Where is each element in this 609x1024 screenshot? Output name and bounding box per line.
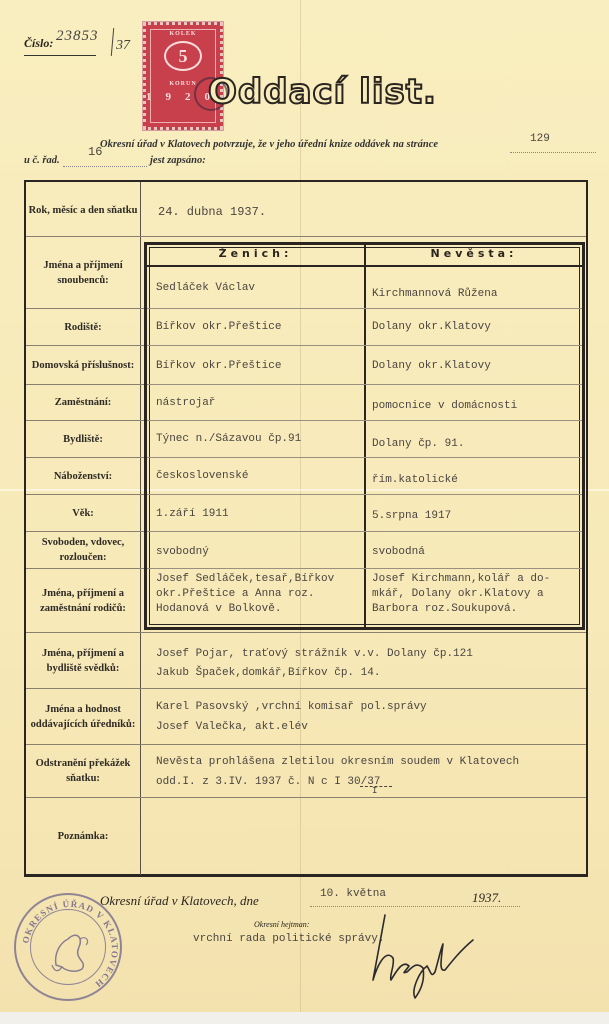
page-number-field-line (510, 152, 596, 153)
marriage-date-value: 24. dubna 1937. (158, 205, 266, 219)
registered-text: jest zapsáno: (150, 155, 206, 166)
hejtman-label: Okresní hejtman: (254, 920, 309, 929)
couple-row-divider (147, 308, 582, 309)
seal-lion-icon: OKRESNÍ ÚŘAD V KLATOVECH (16, 895, 124, 1003)
couple-row-divider (147, 384, 582, 385)
stamp-top-text: KOLEK (146, 31, 220, 37)
bride-residence: Dolany čp. 91. (372, 438, 464, 450)
groom-occupation: nástrojař (156, 397, 215, 409)
label-note: Poznámka: (26, 798, 140, 874)
official-seal: OKRESNÍ ÚŘAD V KLATOVECH (14, 893, 122, 1001)
label-column-divider (140, 182, 141, 875)
label-officials: Jména a hodnost oddávajících úředníků: (26, 689, 140, 744)
groom-name: Sedláček Václav (156, 282, 255, 294)
label-age: Věk: (26, 495, 140, 531)
label-birthplace: Rodiště: (26, 309, 140, 345)
couple-row-divider (147, 345, 582, 346)
row-number-value: 16 (88, 145, 102, 159)
footer-date: 10. května (320, 888, 386, 900)
page-title: Oddací list. (208, 72, 437, 112)
groom-religion: československé (156, 470, 248, 482)
svg-text:OKRESNÍ ÚŘAD V KLATOVECH: OKRESNÍ ÚŘAD V KLATOVECH (20, 899, 120, 990)
groom-birthplace: Bířkov okr.Přeštice (156, 321, 281, 333)
bride-parents: Josef Kirchmann,kolář a do- mkář, Dolany… (372, 572, 550, 617)
label-residence: Bydliště: (26, 421, 140, 457)
couple-row-divider (147, 531, 582, 532)
groom-domicile: Bířkov okr.Přeštice (156, 360, 281, 372)
number-underline (24, 55, 96, 56)
official-rank: vrchní rada politické správy: (193, 933, 384, 945)
impediments-value: Nevěsta prohlášena zletilou okresním sou… (156, 752, 519, 792)
impediments-subscript: I (372, 786, 377, 796)
bride-birthdate: 5.srpna 1917 (372, 510, 451, 522)
officials-value: Karel Pasovský ,vrchní komisař pol.správ… (156, 697, 427, 737)
label-names: Jména a příjmení snoubenců: (26, 238, 140, 308)
bride-status: svobodná (372, 546, 425, 558)
stamp-value: 5 (164, 41, 202, 71)
bride-religion: řím.katolické (372, 474, 458, 486)
label-marriage-date: Rok, měsíc a den sňatku (26, 184, 140, 236)
label-status: Svoboden, vdovec, rozloučen: (26, 532, 140, 568)
groom-birthdate: 1.září 1911 (156, 508, 229, 520)
signature (365, 910, 475, 1000)
bride-header: Nevěsta: (366, 247, 582, 260)
page-number-value: 129 (530, 133, 550, 145)
label-impediments: Odstranění překážek sňatku: (26, 745, 140, 797)
row-number-label: u č. řad. (24, 155, 60, 166)
number-label: Číslo: (24, 36, 53, 51)
groom-residence: Týnec n./Sázavou čp.91 (156, 433, 301, 445)
label-religion: Náboženství: (26, 458, 140, 494)
couple-row-divider (147, 494, 582, 495)
bride-domicile: Dolany okr.Klatovy (372, 360, 491, 372)
footer-date-line (310, 906, 520, 907)
couple-row-divider (147, 420, 582, 421)
number-value: 23853 (56, 28, 99, 45)
paper-bottom-edge (0, 1012, 609, 1024)
witnesses-value: Josef Pojar, traťový strážník v.v. Dolan… (156, 645, 473, 683)
couple-row-divider (147, 457, 582, 458)
bride-birthplace: Dolany okr.Klatovy (372, 321, 491, 333)
row-number-field-line (63, 166, 147, 167)
label-parents: Jména, příjmení a zaměstnání rodičů: (26, 569, 140, 632)
groom-status: svobodný (156, 546, 209, 558)
row-divider (26, 236, 586, 237)
bride-name: Kirchmannová Růžena (372, 288, 497, 300)
groom-header: Ženich: (147, 247, 364, 260)
footer-year: 1937. (472, 890, 501, 906)
bride-occupation: pomocnice v domácnosti (372, 400, 517, 412)
groom-parents: Josef Sedláček,tesař,Bířkov okr.Přeštice… (156, 572, 334, 617)
intro-text: Okresní úřad v Klatovech potvrzuje, že v… (100, 139, 438, 150)
number-year: 37 (116, 38, 130, 54)
couple-row-divider (147, 568, 582, 569)
label-domicile: Domovská příslušnost: (26, 346, 140, 384)
couple-table-column-divider (364, 245, 366, 627)
label-occupation: Zaměstnání: (26, 385, 140, 420)
label-witnesses: Jména, příjmení a bydliště svědků: (26, 633, 140, 688)
